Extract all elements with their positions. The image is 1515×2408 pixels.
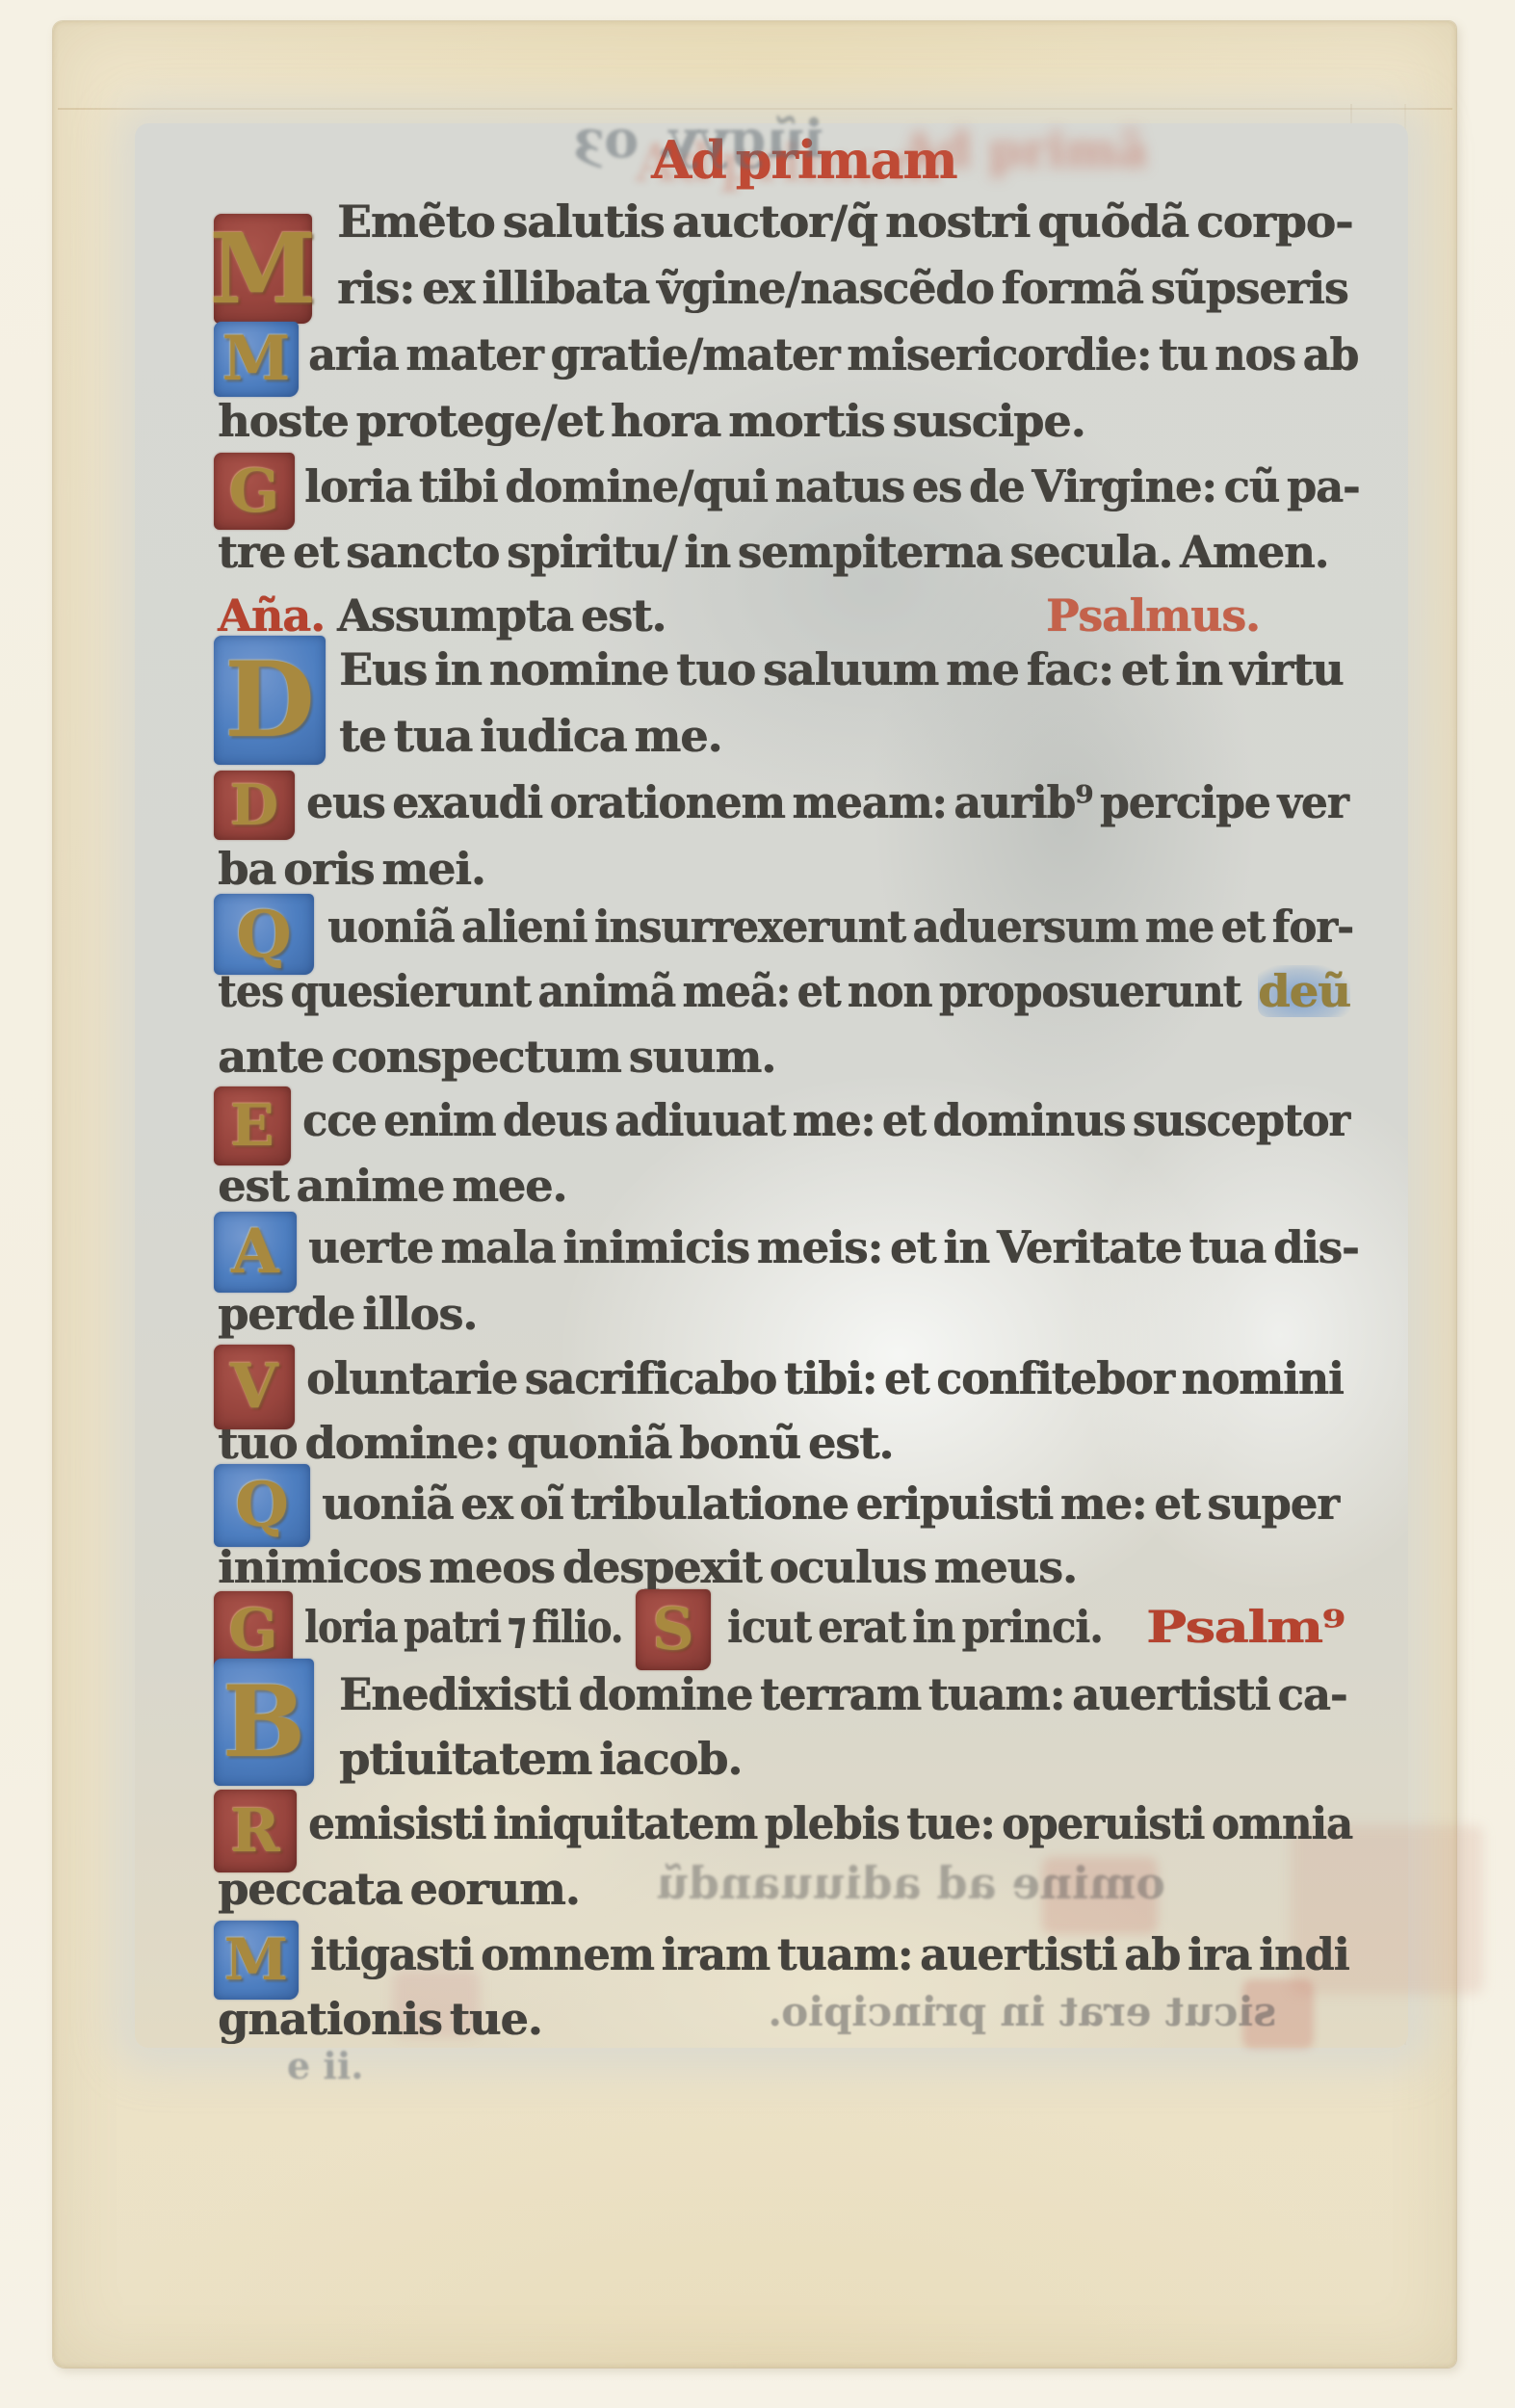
gold-letter: M — [222, 328, 291, 390]
illuminated-initial-v: V — [214, 1345, 295, 1429]
rubric-text: deũ — [1258, 965, 1350, 1017]
blackletter-text: aria mater gratie/mater misericordie: tu… — [308, 328, 1358, 380]
gold-letter: D — [224, 648, 315, 752]
text-line: aria mater gratie/mater misericordie: tu… — [308, 328, 1368, 388]
blackletter-text: est anime mee. — [218, 1160, 566, 1212]
text-line: Enedixisti domine terram tuam: auertisti… — [339, 1668, 1368, 1728]
gold-letter: G — [228, 1602, 277, 1660]
text-line: uoniã alieni insurrexerunt aduersum me e… — [327, 901, 1368, 960]
text-line: uoniã ex oĩ tribulatione eripuisti me: e… — [322, 1478, 1368, 1537]
text-line: Aña.Assumpta est.Psalmus. — [218, 589, 1368, 649]
text-line: tre et sancto spiritu/ in sempiterna sec… — [218, 526, 1368, 586]
blackletter-text: uerte mala inimicis meis: et in Veritate… — [308, 1221, 1359, 1273]
text-line: perde illos. — [218, 1288, 1368, 1348]
gold-letter: A — [231, 1221, 279, 1283]
blackletter-text: uoniã ex oĩ tribulatione eripuisti me: e… — [322, 1478, 1339, 1530]
gold-letter: R — [230, 1801, 280, 1861]
text-line: Emẽto salutis auctor/q̃ nostri quõdã cor… — [337, 196, 1368, 255]
manuscript-scan: { "document": { "type": "book-of-hours-l… — [0, 0, 1515, 2408]
text-line: ante conspectum suum. — [218, 1031, 1368, 1090]
blackletter-text: te tua iudica me. — [339, 710, 721, 762]
illuminated-initial-m: M — [214, 214, 312, 324]
text-line: ba oris mei. — [218, 843, 1368, 903]
illuminated-initial-g: G — [214, 453, 295, 530]
text-line: ptiuitatem iacob. — [339, 1733, 1368, 1793]
blackletter-text: emisisti iniquitatem plebis tue: operuis… — [308, 1797, 1352, 1849]
rubric-heading: Ad primam — [651, 129, 956, 191]
gold-letter: G — [229, 461, 280, 521]
blackletter-text: ante conspectum suum. — [218, 1031, 775, 1083]
text-line: ris: ex illibata ṽgine/nascẽdo formã sũp… — [337, 262, 1368, 322]
text-line: cce enim deus adiuuat me: et dominus sus… — [302, 1094, 1368, 1154]
blackletter-text: tes quesierunt animã meã: et non proposu… — [218, 965, 1241, 1017]
text-line: tes quesierunt animã meã: et non proposu… — [218, 965, 1368, 1025]
blackletter-text: tuo domine: quoniã bonũ est. — [218, 1417, 893, 1469]
illuminated-initial-a: A — [214, 1212, 297, 1293]
gold-letter: E — [230, 1097, 274, 1155]
blackletter-text: icut erat in princi. — [727, 1601, 1103, 1653]
illuminated-initial-q: Q — [214, 1464, 310, 1547]
text-line: eus exaudi orationem meam: aurib⁹ percip… — [306, 776, 1368, 836]
illuminated-initial-d: D — [214, 771, 295, 840]
blackletter-text: eus exaudi orationem meam: aurib⁹ percip… — [306, 776, 1348, 828]
gold-letter: M — [210, 221, 317, 317]
gold-letter: D — [230, 777, 278, 833]
text-line: hoste protege/et hora mortis suscipe. — [218, 395, 1368, 455]
blackletter-text: ptiuitatem iacob. — [339, 1733, 742, 1785]
blackletter-text: Assumpta est. — [337, 589, 666, 641]
gold-letter: B — [222, 1673, 305, 1771]
text-line: gnationis tue. — [218, 1993, 1368, 2053]
blackletter-text: loria patri ⁊ filio. — [304, 1601, 622, 1653]
blackletter-text: gnationis tue. — [218, 1993, 542, 2045]
blackletter-text: cce enim deus adiuuat me: et dominus sus… — [302, 1094, 1349, 1146]
illuminated-initial-m: M — [214, 322, 299, 397]
text-line: loria tibi domine/qui natus es de Virgin… — [304, 460, 1368, 520]
blackletter-text: itigasti omnem iram tuam: auertisti ab i… — [310, 1928, 1348, 1980]
blackletter-text: oluntarie sacrificabo tibi: et confitebo… — [306, 1352, 1344, 1404]
text-line: loria patri ⁊ filio.icut erat in princi.… — [304, 1601, 1368, 1661]
blackletter-text: Enedixisti domine terram tuam: auertisti… — [339, 1668, 1346, 1720]
text-line: emisisti iniquitatem plebis tue: operuis… — [308, 1797, 1368, 1857]
blackletter-text: inimicos meos despexit oculus meus. — [218, 1541, 1077, 1593]
text-line: est anime mee. — [218, 1160, 1368, 1219]
gold-letter: Q — [235, 1475, 289, 1536]
text-line: Eus in nomine tuo saluum me fac: et in v… — [339, 643, 1368, 703]
blackletter-text: uoniã alieni insurrexerunt aduersum me e… — [327, 901, 1353, 953]
gold-letter: V — [230, 1356, 278, 1418]
blackletter-text: perde illos. — [218, 1288, 477, 1340]
blackletter-text: tre et sancto spiritu/ in sempiterna sec… — [218, 526, 1328, 578]
illuminated-initial-r: R — [214, 1790, 297, 1872]
gold-letter: M — [224, 1931, 288, 1989]
blackletter-text: loria tibi domine/qui natus es de Virgin… — [304, 460, 1359, 512]
rubric-text: Psalmus. — [1046, 589, 1260, 641]
blackletter-text: ris: ex illibata ṽgine/nascẽdo formã sũp… — [337, 262, 1347, 314]
text-line: te tua iudica me. — [339, 710, 1368, 770]
text-line: tuo domine: quoniã bonũ est. — [218, 1417, 1368, 1477]
blackletter-text: Emẽto salutis auctor/q̃ nostri quõdã cor… — [337, 196, 1352, 248]
text-line: inimicos meos despexit oculus meus. — [218, 1541, 1368, 1601]
text-line: itigasti omnem iram tuam: auertisti ab i… — [310, 1928, 1368, 1988]
illuminated-initial-s: S — [636, 1589, 711, 1670]
text-line: uerte mala inimicis meis: et in Veritate… — [308, 1221, 1368, 1281]
rubric-text: Aña. — [218, 589, 325, 641]
gold-letter: S — [652, 1601, 693, 1659]
illuminated-initial-d: D — [214, 636, 326, 765]
blackletter-text: Eus in nomine tuo saluum me fac: et in v… — [339, 643, 1343, 695]
gold-letter: Q — [236, 903, 292, 966]
illuminated-initial-b: B — [214, 1659, 314, 1786]
blackletter-text: ba oris mei. — [218, 843, 485, 895]
text-line: peccata eorum. — [218, 1863, 1368, 1923]
illuminated-initial-q: Q — [214, 894, 314, 975]
ruling-line — [58, 108, 1452, 110]
illuminated-initial-m: M — [214, 1921, 299, 2000]
illuminated-initial-e: E — [214, 1086, 291, 1165]
text-line: oluntarie sacrificabo tibi: et confitebo… — [306, 1352, 1368, 1412]
blackletter-text: hoste protege/et hora mortis suscipe. — [218, 395, 1084, 447]
rubric-text: Psalm⁹ — [1146, 1601, 1345, 1653]
